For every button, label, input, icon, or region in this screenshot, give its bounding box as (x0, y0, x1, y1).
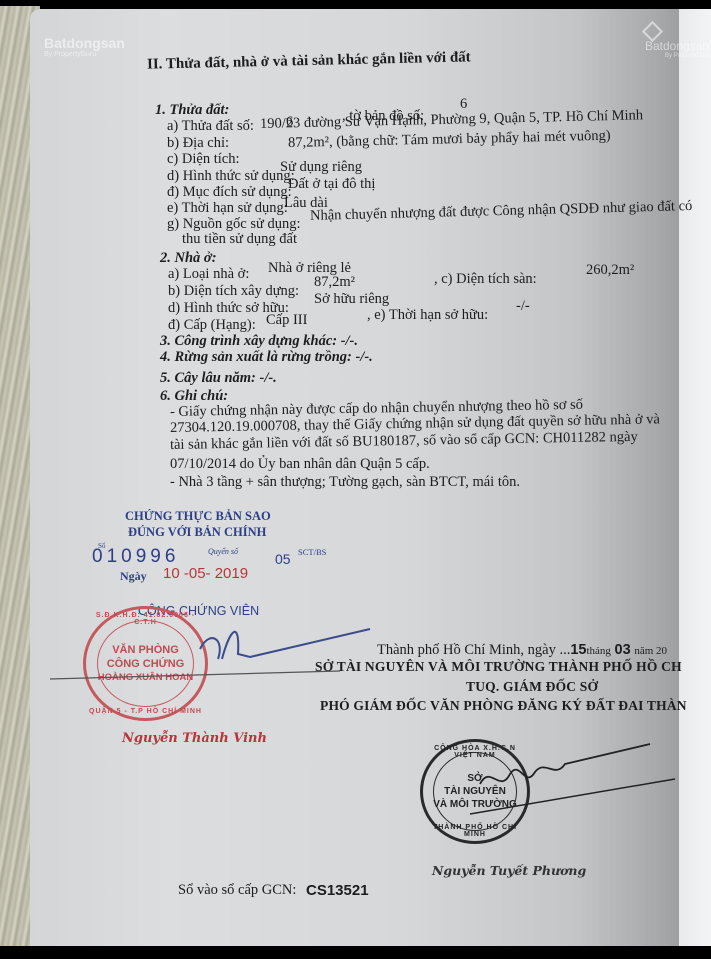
own-term-value: -/- (516, 299, 530, 314)
watermark-sub: By PropertyGuru (44, 51, 125, 58)
gcn-entry-label: Sổ vào sổ cấp GCN: (178, 883, 296, 898)
place-date: Thành phố Hồ Chí Minh, ngày ...15tháng 0… (377, 643, 667, 658)
issue-day: 15 (570, 642, 586, 658)
watermark-left: Batdongsan By PropertyGuru (44, 35, 125, 58)
year-label: năm 20 (634, 645, 667, 657)
planted-forest: 4. Rừng sản xuất là rừng trồng: -/-. (160, 350, 373, 365)
house-heading: 2. Nhà ở: (160, 251, 217, 266)
perennial-trees: 5. Cây lâu năm: -/-. (160, 371, 277, 386)
build-area-value: 87,2m² (314, 275, 355, 290)
book-suffix: SCT/BS (298, 547, 326, 557)
ownership-value: Sở hữu riêng (314, 292, 389, 307)
own-term-label: , e) Thời hạn sở hữu: (367, 308, 488, 323)
origin-label: g) Nguồn gốc sử dụng: (167, 217, 301, 232)
area-value: 87,2m², (bằng chữ: Tám mươi bảy phẩy hai… (288, 129, 611, 151)
issuing-department: SỞ TÀI NGUYÊN VÀ MÔI TRƯỜNG THÀNH PHỐ HỒ… (315, 660, 682, 674)
note-line: - Nhà 3 tầng + sân thượng; Tường gạch, s… (170, 475, 520, 490)
house-type-label: a) Loại nhà ở: (168, 267, 249, 282)
area-label: c) Diện tích: (167, 152, 239, 167)
deputy-director-title: PHÓ GIÁM ĐỐC VĂN PHÒNG ĐĂNG KÝ ĐẤT ĐAI T… (320, 699, 687, 713)
date-label: Ngày (120, 569, 147, 584)
note-line: 07/10/2014 do Ủy ban nhân dân Quận 5 cấp… (170, 457, 430, 472)
grade-label: đ) Cấp (Hạng): (168, 318, 256, 333)
term-label: e) Thời hạn sử dụng: (167, 201, 288, 216)
floor-area-label: , c) Diện tích sàn: (434, 272, 537, 287)
use-form-label: d) Hình thức sử dụng: (167, 169, 295, 184)
watermark-brand: Batdongsan (645, 39, 709, 53)
purpose-label: đ) Mục đích sử dụng: (167, 185, 292, 200)
watermark-right: Batdongsan By PropertyGuru (645, 24, 711, 59)
purpose-value: Đất ở tại đô thị (288, 177, 375, 192)
floor-area-value: 260,2m² (586, 263, 634, 278)
parcel-label: a) Thửa đất số: (167, 119, 254, 134)
director-signature (470, 734, 711, 834)
land-certificate-page: Batdongsan By PropertyGuru Batdongsan By… (30, 9, 711, 946)
land-heading: 1. Thửa đất: (155, 103, 229, 118)
grade-value: Cấp III (266, 313, 307, 328)
certified-copy-line2: ĐÚNG VỚI BẢN CHÍNH (128, 525, 266, 540)
issue-month: 03 (615, 642, 631, 658)
other-construction: 3. Công trình xây dựng khác: -/-. (160, 334, 358, 349)
build-area-label: b) Diện tích xây dựng: (168, 284, 299, 299)
seal-ring-bottom: QUẬN 5 - T.P HỒ CHÍ MINH (89, 708, 202, 715)
certified-date: 10 -05- 2019 (163, 565, 248, 582)
director-name: Nguyễn Tuyết Phương (432, 863, 586, 878)
watermark-brand: Batdongsan (44, 35, 125, 51)
use-form-value: Sử dụng riêng (280, 160, 362, 175)
certified-copy-line1: CHỨNG THỰC BẢN SAO (125, 509, 271, 524)
origin-value: Nhận chuyển nhượng đất được Công nhận QS… (310, 199, 693, 224)
notary-name: Nguyễn Thành Vinh (122, 731, 267, 746)
section-title: II. Thửa đất, nhà ở và tài sản khác gắn … (147, 50, 471, 72)
notary-signature (50, 609, 370, 689)
watermark-sub: By PropertyGuru (665, 53, 711, 59)
book-label: Quyển số (208, 547, 238, 556)
map-sheet-number: 6 (460, 97, 467, 112)
book-number: 05 (275, 551, 291, 567)
gcn-entry-number: CS13521 (306, 883, 369, 898)
so-label: Số (98, 542, 105, 550)
notes-heading: 6. Ghi chú: (160, 389, 228, 404)
address-label: b) Địa chỉ: (167, 136, 229, 151)
tuq-director: TUQ. GIÁM ĐỐC SỞ (466, 680, 598, 694)
month-label: tháng (586, 645, 610, 657)
place-date-label: Thành phố Hồ Chí Minh, ngày ... (377, 642, 570, 658)
origin-value-continued: thu tiền sử dụng đất (182, 232, 297, 247)
